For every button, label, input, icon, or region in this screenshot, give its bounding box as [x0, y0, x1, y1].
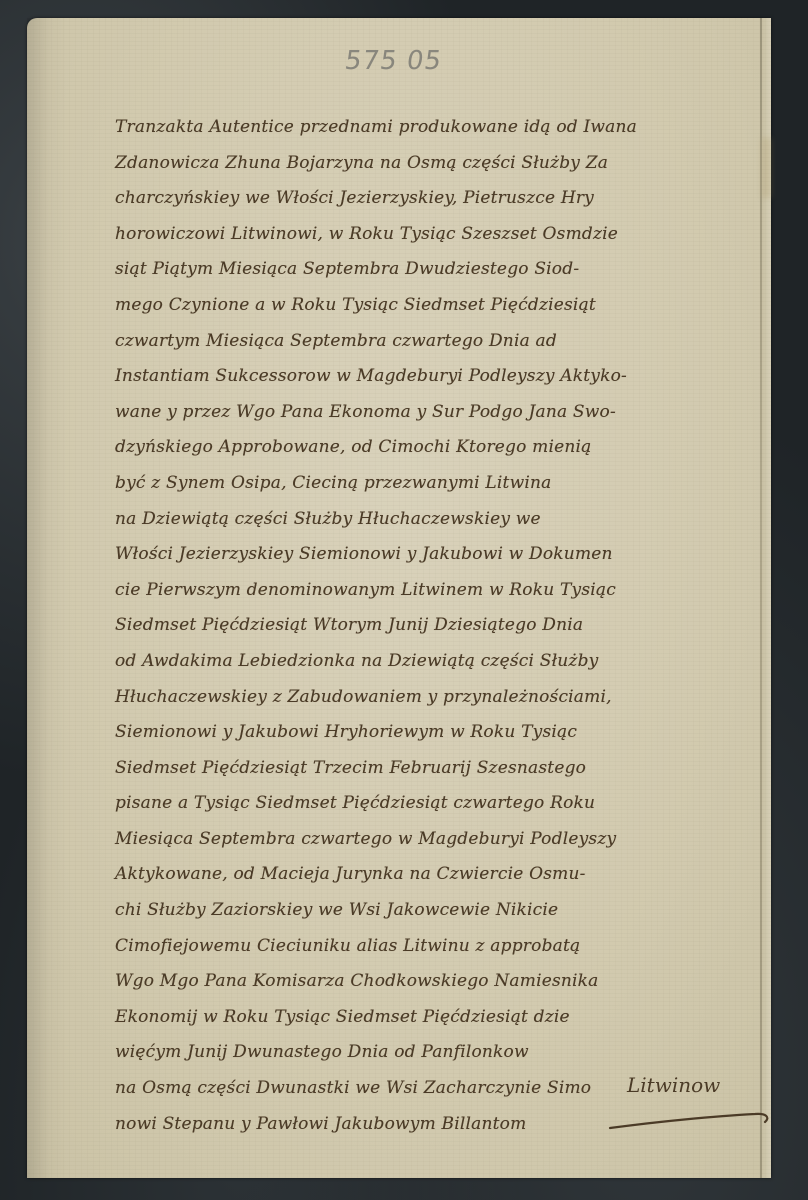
text-line: Hłuchaczewskiey z Zabudowaniem y przynal… — [115, 680, 755, 716]
text-line: więćym Junij Dwunastego Dnia od Panfilon… — [115, 1035, 755, 1071]
text-line: Miesiąca Septembra czwartego w Magdebury… — [115, 822, 755, 858]
text-line: dzyńskiego Approbowane, od Cimochi Ktore… — [115, 430, 755, 466]
text-line: siąt Piątym Miesiąca Septembra Dwudziest… — [115, 252, 755, 288]
archive-pencil-number: 575 05 — [343, 46, 444, 76]
text-line: charczyńskiey we Włości Jezierzyskiey, P… — [115, 181, 755, 217]
text-line: mego Czynione a w Roku Tysiąc Siedmset P… — [115, 288, 755, 324]
signature-flourish-icon — [605, 1096, 775, 1136]
text-line: Włości Jezierzyskiey Siemionowi y Jakubo… — [115, 537, 755, 573]
handwritten-text-block: Tranzakta Autentice przednami produkowan… — [115, 110, 755, 1142]
text-line: na Dziewiątą części Służby Hłuchaczewski… — [115, 502, 755, 538]
scan-background: 575 05 Tranzakta Autentice przednami pro… — [0, 0, 808, 1200]
text-line: być z Synem Osipa, Cieciną przezwanymi L… — [115, 466, 755, 502]
manuscript-page: 575 05 Tranzakta Autentice przednami pro… — [27, 18, 771, 1178]
text-line: Zdanowicza Zhuna Bojarzyna na Osmą częśc… — [115, 146, 755, 182]
text-line: horowiczowi Litwinowi, w Roku Tysiąc Sze… — [115, 217, 755, 253]
text-line: od Awdakima Lebiedzionka na Dziewiątą cz… — [115, 644, 755, 680]
text-line: Tranzakta Autentice przednami produkowan… — [115, 110, 755, 146]
text-line: Siemionowi y Jakubowi Hryhoriewym w Roku… — [115, 715, 755, 751]
text-line: Siedmset Pięćdziesiąt Wtorym Junij Dzies… — [115, 608, 755, 644]
page-edge-shadow — [27, 18, 49, 1178]
text-line: chi Służby Zaziorskiey we Wsi Jakowcewie… — [115, 893, 755, 929]
paper-stain — [762, 138, 771, 198]
text-line: Siedmset Pięćdziesiąt Trzecim Februarij … — [115, 751, 755, 787]
text-line: pisane a Tysiąc Siedmset Pięćdziesiąt cz… — [115, 786, 755, 822]
text-line: wane y przez Wgo Pana Ekonoma y Sur Podg… — [115, 395, 755, 431]
text-line: Instantiam Sukcessorow w Magdeburyi Podl… — [115, 359, 755, 395]
text-line: Aktykowane, od Macieja Jurynka na Czwier… — [115, 857, 755, 893]
signature: Litwinow — [627, 1073, 720, 1097]
text-line: Ekonomij w Roku Tysiąc Siedmset Pięćdzie… — [115, 1000, 755, 1036]
text-line: Cimofiejowemu Cieciuniku alias Litwinu z… — [115, 929, 755, 965]
text-line: Wgo Mgo Pana Komisarza Chodkowskiego Nam… — [115, 964, 755, 1000]
text-line: czwartym Miesiąca Septembra czwartego Dn… — [115, 324, 755, 360]
text-line: cie Pierwszym denominowanym Litwinem w R… — [115, 573, 755, 609]
